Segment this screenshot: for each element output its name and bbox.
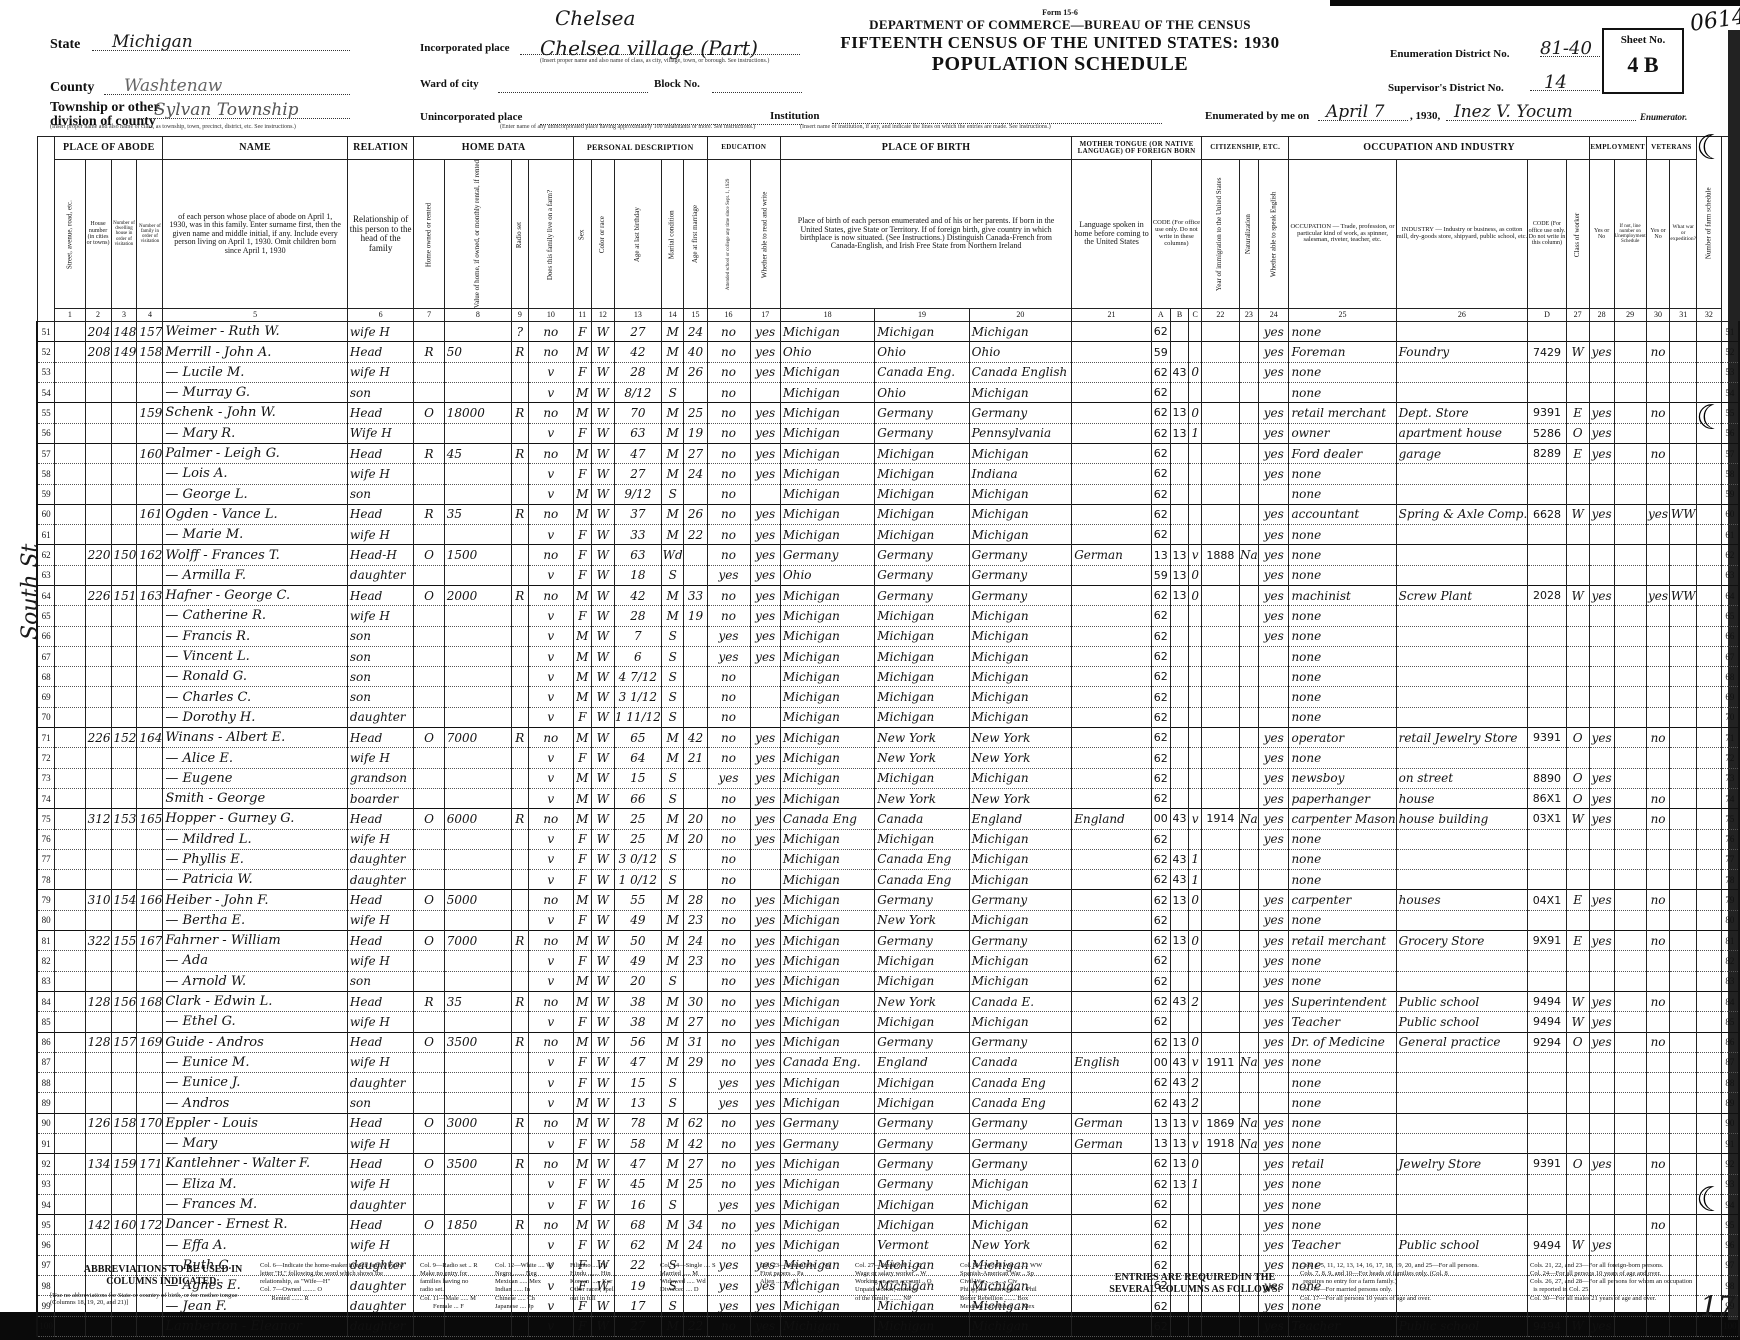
code-state-cell: 62 bbox=[1151, 484, 1170, 504]
age-cell: 56 bbox=[614, 1032, 661, 1052]
code-nativity-cell bbox=[1189, 951, 1202, 971]
race-cell: W bbox=[591, 525, 614, 545]
birthplace-cell: Germany bbox=[780, 1113, 874, 1133]
street-cell bbox=[55, 1032, 85, 1052]
code-country-cell bbox=[1170, 951, 1189, 971]
naturalization-cell bbox=[1239, 829, 1258, 849]
home-owned-cell: O bbox=[414, 1215, 444, 1235]
table-row: 78— Patricia W.daughtervFW1 0/12SnoMichi… bbox=[37, 870, 1739, 890]
father-birthplace-cell: Germany bbox=[875, 1174, 969, 1194]
farm-cell: no bbox=[528, 1113, 573, 1133]
language-cell bbox=[1072, 322, 1152, 342]
read-write-cell: yes bbox=[750, 809, 780, 829]
unemployment-line-cell bbox=[1614, 383, 1646, 403]
birthplace-cell: Michigan bbox=[780, 1093, 874, 1113]
war-cell bbox=[1670, 788, 1697, 808]
immigration-year-cell bbox=[1201, 1235, 1239, 1255]
table-row: 66— Francis R.sonvMW7SyesyesMichiganMich… bbox=[37, 626, 1739, 646]
home-value-cell bbox=[444, 910, 511, 930]
farm-cell: v bbox=[528, 1174, 573, 1194]
veteran-cell bbox=[1646, 484, 1670, 504]
header-sex: Sex bbox=[573, 160, 591, 309]
code-country-cell bbox=[1170, 484, 1189, 504]
table-row: 56— Mary R.Wife HvFW63M19noyesMichiganGe… bbox=[37, 423, 1739, 443]
occupation-code-cell bbox=[1528, 464, 1566, 484]
war-cell bbox=[1670, 809, 1697, 829]
birthplace-cell: Canada Eng. bbox=[780, 1052, 874, 1072]
war-cell bbox=[1670, 667, 1697, 687]
occupation-cell: Teacher bbox=[1289, 1012, 1396, 1032]
occupation-cell: none bbox=[1289, 484, 1396, 504]
naturalization-cell bbox=[1239, 1032, 1258, 1052]
code-country-cell: 13 bbox=[1170, 545, 1189, 565]
marital-cell: M bbox=[661, 342, 684, 362]
father-birthplace-cell: Michigan bbox=[875, 768, 969, 788]
code-nativity-cell: v bbox=[1189, 1134, 1202, 1154]
war-cell bbox=[1670, 626, 1697, 646]
house-number-cell bbox=[85, 606, 111, 626]
line-number: 78 bbox=[37, 870, 55, 890]
marital-cell: S bbox=[661, 768, 684, 788]
worker-class-cell: W bbox=[1566, 1012, 1589, 1032]
occupation-code-cell: 9391 bbox=[1528, 403, 1566, 423]
code-state-cell: 62 bbox=[1151, 687, 1170, 707]
dwelling-number-cell bbox=[111, 788, 137, 808]
age-first-marriage-cell bbox=[684, 788, 707, 808]
veteran-cell: no bbox=[1646, 788, 1670, 808]
immigration-year-cell bbox=[1201, 342, 1239, 362]
language-cell bbox=[1072, 362, 1152, 382]
relation-cell: Head bbox=[347, 809, 414, 829]
code-state-cell: 62 bbox=[1151, 870, 1170, 890]
unemployment-line-cell bbox=[1614, 1073, 1646, 1093]
war-cell bbox=[1670, 1154, 1697, 1174]
age-cell: 47 bbox=[614, 1052, 661, 1072]
read-write-cell: yes bbox=[750, 728, 780, 748]
farm-cell: no bbox=[528, 991, 573, 1011]
occupation-code-cell bbox=[1528, 1113, 1566, 1133]
punch-hole-mark-3: ☾ bbox=[1696, 1180, 1726, 1220]
language-cell: England bbox=[1072, 809, 1152, 829]
mother-birthplace-cell: Michigan bbox=[969, 951, 1072, 971]
person-name-cell: — Alice E. bbox=[163, 748, 347, 768]
header-unemployment-line: If not, line number on Unemployment Sche… bbox=[1614, 160, 1646, 309]
column-number: 27 bbox=[1566, 309, 1589, 322]
veteran-cell bbox=[1646, 768, 1670, 788]
code-state-cell: 59 bbox=[1151, 342, 1170, 362]
line-number-right: 96 bbox=[1721, 1235, 1739, 1255]
industry-cell bbox=[1396, 1215, 1528, 1235]
read-write-cell bbox=[750, 707, 780, 727]
sex-cell: M bbox=[573, 667, 591, 687]
employed-cell bbox=[1589, 910, 1614, 930]
home-owned-cell bbox=[414, 626, 444, 646]
age-first-marriage-cell: 42 bbox=[684, 728, 707, 748]
farm-schedule-cell bbox=[1697, 342, 1722, 362]
house-number-cell bbox=[85, 383, 111, 403]
home-owned-cell bbox=[414, 322, 444, 342]
family-number-cell bbox=[137, 768, 163, 788]
occupation-code-cell bbox=[1528, 870, 1566, 890]
person-name-cell: Lamberton - Eleanor bbox=[163, 1316, 347, 1336]
line-number-right: 60 bbox=[1721, 504, 1739, 524]
code-country-cell: 13 bbox=[1170, 1134, 1189, 1154]
family-number-cell: 166 bbox=[137, 890, 163, 910]
unemployment-line-cell bbox=[1614, 910, 1646, 930]
age-first-marriage-cell bbox=[684, 1093, 707, 1113]
birthplace-cell: Michigan bbox=[780, 991, 874, 1011]
line-number: 68 bbox=[37, 667, 55, 687]
sex-cell: F bbox=[573, 525, 591, 545]
group-veterans: VETERANS bbox=[1646, 137, 1696, 160]
farm-cell: v bbox=[528, 1093, 573, 1113]
farm-schedule-cell bbox=[1697, 910, 1722, 930]
veteran-cell bbox=[1646, 971, 1670, 991]
immigration-year-cell bbox=[1201, 403, 1239, 423]
radio-cell bbox=[511, 707, 528, 727]
family-number-cell bbox=[137, 951, 163, 971]
naturalization-cell: Na bbox=[1239, 809, 1258, 829]
veteran-cell bbox=[1646, 667, 1670, 687]
language-cell bbox=[1072, 504, 1152, 524]
race-cell: W bbox=[591, 1032, 614, 1052]
house-number-cell bbox=[85, 565, 111, 585]
school-cell: no bbox=[707, 687, 750, 707]
street-cell bbox=[55, 362, 85, 382]
father-birthplace-cell: Germany bbox=[875, 545, 969, 565]
occupation-cell: operator bbox=[1289, 728, 1396, 748]
code-state-cell: 13 bbox=[1151, 1113, 1170, 1133]
line-number: 59 bbox=[37, 484, 55, 504]
person-name-cell: — Mary R. bbox=[163, 423, 347, 443]
employed-cell bbox=[1589, 322, 1614, 342]
language-cell bbox=[1072, 829, 1152, 849]
marital-cell: S bbox=[661, 870, 684, 890]
school-cell: no bbox=[707, 585, 750, 605]
veteran-cell bbox=[1646, 322, 1670, 342]
person-name-cell: Eppler - Louis bbox=[163, 1113, 347, 1133]
code-country-cell: 13 bbox=[1170, 890, 1189, 910]
table-row: 54— Murray G.sonvMW8/12SnoMichiganOhioMi… bbox=[37, 383, 1739, 403]
language-cell bbox=[1072, 870, 1152, 890]
marital-cell: M bbox=[661, 403, 684, 423]
line-number-right: 68 bbox=[1721, 667, 1739, 687]
code-nativity-cell: 1 bbox=[1189, 423, 1202, 443]
father-birthplace-cell: Ohio bbox=[875, 342, 969, 362]
age-first-marriage-cell: 33 bbox=[684, 585, 707, 605]
read-write-cell: yes bbox=[750, 788, 780, 808]
table-row: 52208149158Merrill - John A.HeadR50RnoMW… bbox=[37, 342, 1739, 362]
home-value-cell bbox=[444, 1235, 511, 1255]
worker-class-cell: E bbox=[1566, 443, 1589, 463]
language-cell bbox=[1072, 484, 1152, 504]
race-cell: W bbox=[591, 951, 614, 971]
language-cell bbox=[1072, 1154, 1152, 1174]
school-cell: yes bbox=[707, 1093, 750, 1113]
relation-cell: Head bbox=[347, 585, 414, 605]
marital-cell: M bbox=[661, 890, 684, 910]
state-label: State bbox=[50, 37, 80, 53]
mother-birthplace-cell: Germany bbox=[969, 565, 1072, 585]
industry-cell bbox=[1396, 626, 1528, 646]
dwelling-number-cell: 149 bbox=[111, 342, 137, 362]
header-class-of-worker: Class of worker bbox=[1566, 160, 1589, 309]
occupation-code-cell bbox=[1528, 829, 1566, 849]
line-number-right: 84 bbox=[1721, 991, 1739, 1011]
farm-cell: v bbox=[528, 1073, 573, 1093]
line-number: 60 bbox=[37, 504, 55, 524]
family-number-cell bbox=[137, 1012, 163, 1032]
code-country-cell bbox=[1170, 1316, 1189, 1336]
sd-field: 14 bbox=[1530, 72, 1600, 91]
birthplace-cell: Canada Eng bbox=[780, 809, 874, 829]
naturalization-cell bbox=[1239, 748, 1258, 768]
house-number-cell bbox=[85, 788, 111, 808]
table-row: 100Lamberton - EleanordaughtervFW27M22no… bbox=[37, 1316, 1739, 1336]
sex-cell: M bbox=[573, 768, 591, 788]
code-state-cell: 62 bbox=[1151, 1174, 1170, 1194]
naturalization-cell bbox=[1239, 1215, 1258, 1235]
line-number-right: 65 bbox=[1721, 606, 1739, 626]
line-number-right: 83 bbox=[1721, 971, 1739, 991]
marital-cell: M bbox=[661, 1174, 684, 1194]
father-birthplace-cell: Michigan bbox=[875, 1012, 969, 1032]
radio-cell: R bbox=[511, 1113, 528, 1133]
home-value-cell bbox=[444, 646, 511, 666]
code-state-cell: 62 bbox=[1151, 1093, 1170, 1113]
home-value-cell bbox=[444, 626, 511, 646]
read-write-cell: yes bbox=[750, 1154, 780, 1174]
home-value-cell bbox=[444, 1012, 511, 1032]
column-number: 10 bbox=[528, 309, 573, 322]
worker-class-cell: O bbox=[1566, 728, 1589, 748]
speak-english-cell: yes bbox=[1259, 1316, 1289, 1336]
line-number: 80 bbox=[37, 910, 55, 930]
read-write-cell: yes bbox=[750, 545, 780, 565]
veteran-cell: no bbox=[1646, 991, 1670, 1011]
mother-birthplace-cell: Michigan bbox=[969, 768, 1072, 788]
immigration-year-cell bbox=[1201, 971, 1239, 991]
read-write-cell: yes bbox=[750, 585, 780, 605]
immigration-year-cell: 1911 bbox=[1201, 1052, 1239, 1072]
line-number: 51 bbox=[37, 322, 55, 342]
home-value-cell bbox=[444, 748, 511, 768]
school-cell: no bbox=[707, 788, 750, 808]
veteran-cell: no bbox=[1646, 403, 1670, 423]
line-number-right: 74 bbox=[1721, 788, 1739, 808]
radio-cell bbox=[511, 748, 528, 768]
code-state-cell: 62 bbox=[1151, 849, 1170, 869]
code-country-cell: 43 bbox=[1170, 849, 1189, 869]
marital-cell: M bbox=[661, 910, 684, 930]
employed-cell: yes bbox=[1589, 890, 1614, 910]
age-cell: 9/12 bbox=[614, 484, 661, 504]
house-number-cell: 226 bbox=[85, 728, 111, 748]
dwelling-number-cell bbox=[111, 606, 137, 626]
line-number-right: 64 bbox=[1721, 585, 1739, 605]
home-value-cell: 1850 bbox=[444, 1215, 511, 1235]
naturalization-cell bbox=[1239, 443, 1258, 463]
column-number: D bbox=[1528, 309, 1566, 322]
birthplace-cell: Michigan bbox=[780, 931, 874, 951]
radio-cell bbox=[511, 423, 528, 443]
war-cell bbox=[1670, 1012, 1697, 1032]
farm-cell: v bbox=[528, 646, 573, 666]
home-owned-cell bbox=[414, 849, 444, 869]
header-read-write: Whether able to read and write bbox=[750, 160, 780, 309]
ed-field: 81-40 bbox=[1540, 38, 1600, 57]
relation-cell: wife H bbox=[347, 829, 414, 849]
read-write-cell: yes bbox=[750, 1134, 780, 1154]
employed-cell: yes bbox=[1589, 443, 1614, 463]
speak-english-cell: yes bbox=[1259, 403, 1289, 423]
father-birthplace-cell: Germany bbox=[875, 565, 969, 585]
farm-cell: v bbox=[528, 707, 573, 727]
home-owned-cell bbox=[414, 870, 444, 890]
race-cell: W bbox=[591, 768, 614, 788]
relation-cell: wife H bbox=[347, 748, 414, 768]
father-birthplace-cell: Michigan bbox=[875, 667, 969, 687]
enumerator-name: Inez V. Yocum bbox=[1454, 102, 1573, 122]
occupation-code-cell: 6628 bbox=[1528, 504, 1566, 524]
unemployment-line-cell bbox=[1614, 809, 1646, 829]
farm-schedule-cell bbox=[1697, 890, 1722, 910]
marital-cell: M bbox=[661, 1215, 684, 1235]
marital-cell: M bbox=[661, 1113, 684, 1133]
person-name-cell: Heiber - John F. bbox=[163, 890, 347, 910]
line-number: 69 bbox=[37, 687, 55, 707]
industry-cell: Grocery Store bbox=[1396, 931, 1528, 951]
code-country-cell bbox=[1170, 322, 1189, 342]
occupation-cell: none bbox=[1289, 322, 1396, 342]
farm-cell: no bbox=[528, 931, 573, 951]
employed-cell: yes bbox=[1589, 585, 1614, 605]
unemployment-line-cell bbox=[1614, 423, 1646, 443]
father-birthplace-cell: Germany bbox=[875, 890, 969, 910]
state-field: Michigan bbox=[92, 32, 350, 51]
relation-cell: wife H bbox=[347, 951, 414, 971]
street-cell bbox=[55, 606, 85, 626]
marital-cell: M bbox=[661, 322, 684, 342]
age-cell: 63 bbox=[614, 423, 661, 443]
line-number-right: 82 bbox=[1721, 951, 1739, 971]
home-value-cell bbox=[444, 1194, 511, 1214]
block-label: Block No. bbox=[654, 78, 700, 90]
street-cell bbox=[55, 443, 85, 463]
home-owned-cell bbox=[414, 910, 444, 930]
home-owned-cell bbox=[414, 829, 444, 849]
relation-cell: Head bbox=[347, 403, 414, 423]
dwelling-number-cell bbox=[111, 464, 137, 484]
immigration-year-cell bbox=[1201, 910, 1239, 930]
house-number-cell bbox=[85, 403, 111, 423]
sex-cell: M bbox=[573, 931, 591, 951]
naturalization-cell bbox=[1239, 585, 1258, 605]
veteran-cell bbox=[1646, 748, 1670, 768]
language-cell bbox=[1072, 687, 1152, 707]
table-row: 73— EugenegrandsonvMW15SyesyesMichiganMi… bbox=[37, 768, 1739, 788]
code-country-cell: 13 bbox=[1170, 565, 1189, 585]
marital-cell: S bbox=[661, 484, 684, 504]
marital-cell: S bbox=[661, 687, 684, 707]
unemployment-line-cell bbox=[1614, 1316, 1646, 1336]
worker-class-cell bbox=[1566, 951, 1589, 971]
population-schedule-table: PLACE OF ABODE NAME RELATION HOME DATA P… bbox=[36, 136, 1740, 1337]
code-country-cell bbox=[1170, 728, 1189, 748]
birthplace-cell: Michigan bbox=[780, 890, 874, 910]
farm-schedule-cell bbox=[1697, 971, 1722, 991]
language-cell bbox=[1072, 1235, 1152, 1255]
radio-cell bbox=[511, 1174, 528, 1194]
street-cell bbox=[55, 342, 85, 362]
home-value-cell bbox=[444, 565, 511, 585]
age-cell: 42 bbox=[614, 342, 661, 362]
code-state-cell: 62 bbox=[1151, 443, 1170, 463]
sex-cell: F bbox=[573, 910, 591, 930]
code-state-cell: 62 bbox=[1151, 931, 1170, 951]
street-cell bbox=[55, 1093, 85, 1113]
farm-schedule-cell bbox=[1697, 443, 1722, 463]
table-row: 95142160172Dancer - Ernest R.HeadO1850Rn… bbox=[37, 1215, 1739, 1235]
radio-cell bbox=[511, 1235, 528, 1255]
marital-cell: S bbox=[661, 646, 684, 666]
birthplace-cell: Michigan bbox=[780, 585, 874, 605]
occupation-cell: none bbox=[1289, 910, 1396, 930]
street-cell bbox=[55, 1052, 85, 1072]
family-number-cell bbox=[137, 1052, 163, 1072]
employed-cell bbox=[1589, 525, 1614, 545]
unemployment-line-cell bbox=[1614, 606, 1646, 626]
home-value-cell bbox=[444, 1073, 511, 1093]
industry-cell: Foundry bbox=[1396, 342, 1528, 362]
person-name-cell: Clark - Edwin L. bbox=[163, 991, 347, 1011]
speak-english-cell bbox=[1259, 849, 1289, 869]
speak-english-cell bbox=[1259, 1073, 1289, 1093]
line-number-right: 90 bbox=[1721, 1113, 1739, 1133]
table-row: 60161Ogden - Vance L.HeadR35RnoMW37M26no… bbox=[37, 504, 1739, 524]
war-cell: WW bbox=[1670, 504, 1697, 524]
employed-cell bbox=[1589, 1073, 1614, 1093]
unemployment-line-cell bbox=[1614, 1215, 1646, 1235]
line-number: 82 bbox=[37, 951, 55, 971]
veteran-cell: no bbox=[1646, 443, 1670, 463]
race-cell: W bbox=[591, 1113, 614, 1133]
farm-cell: v bbox=[528, 829, 573, 849]
father-birthplace-cell: Canada Eng bbox=[875, 870, 969, 890]
naturalization-cell bbox=[1239, 626, 1258, 646]
farm-cell: v bbox=[528, 910, 573, 930]
home-owned-cell bbox=[414, 768, 444, 788]
age-cell: 78 bbox=[614, 1113, 661, 1133]
veteran-cell: no bbox=[1646, 342, 1670, 362]
mother-birthplace-cell: Germany bbox=[969, 403, 1072, 423]
radio-cell bbox=[511, 1316, 528, 1336]
father-birthplace-cell: Michigan bbox=[875, 626, 969, 646]
birthplace-cell: Michigan bbox=[780, 322, 874, 342]
unemployment-line-cell bbox=[1614, 545, 1646, 565]
group-name: NAME bbox=[163, 137, 347, 160]
naturalization-cell bbox=[1239, 464, 1258, 484]
sheet-label: Sheet No. bbox=[1604, 34, 1682, 46]
house-number-cell bbox=[85, 870, 111, 890]
line-number: 72 bbox=[37, 748, 55, 768]
family-number-cell bbox=[137, 870, 163, 890]
code-nativity-cell: 0 bbox=[1189, 1032, 1202, 1052]
farm-cell: v bbox=[528, 971, 573, 991]
entries-list-2: Cols. 21, 22, and 23—For all foreign-bor… bbox=[1530, 1262, 1692, 1303]
occupation-cell: Teacher bbox=[1289, 1316, 1396, 1336]
person-name-cell: — Andros bbox=[163, 1093, 347, 1113]
